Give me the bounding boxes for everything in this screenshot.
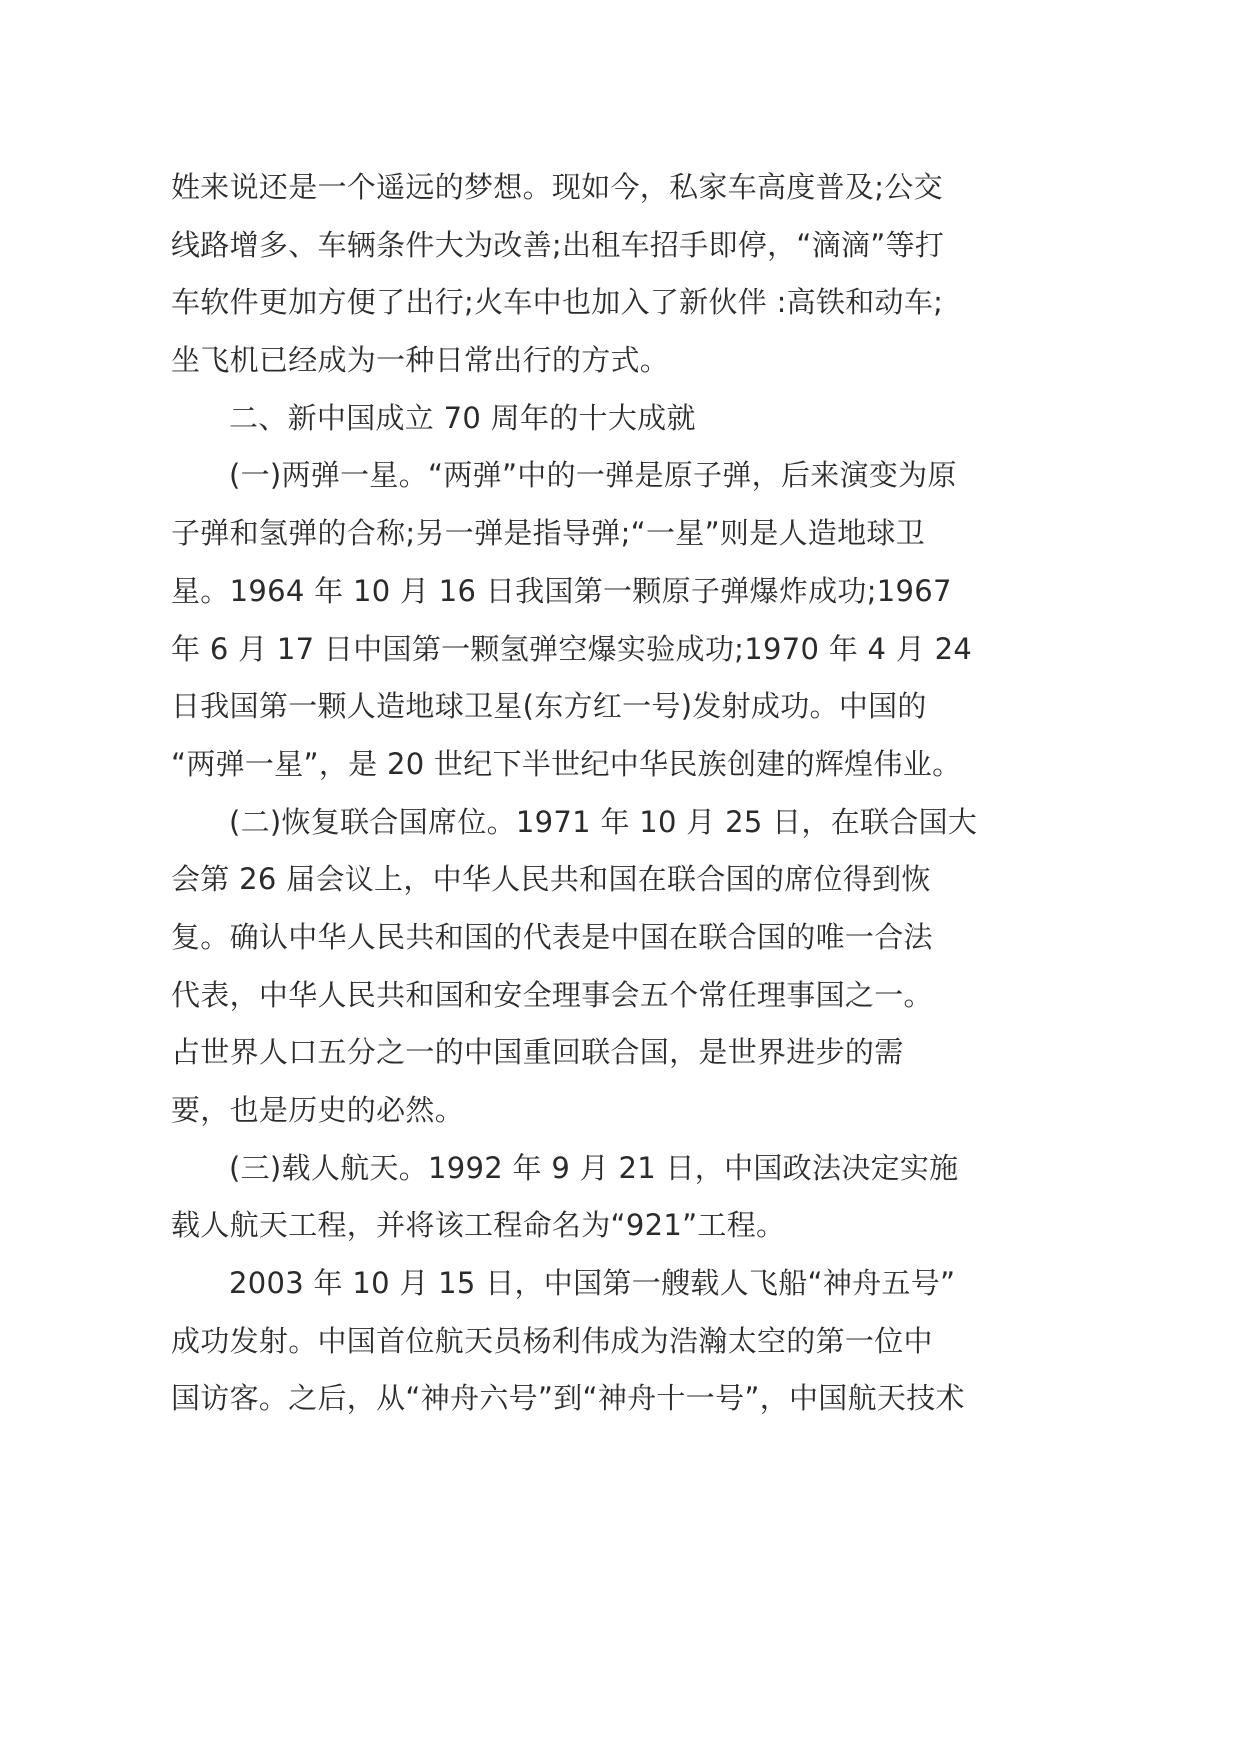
text-line: 星。1964 年 10 月 16 日我国第一颗原子弹爆炸成功;1967 xyxy=(171,567,961,625)
text-line: 占世界人口五分之一的中国重回联合国，是世界进步的需 xyxy=(171,1028,961,1086)
text-line: 年 6 月 17 日中国第一颗氢弹空爆实验成功;1970 年 4 月 24 xyxy=(171,625,961,683)
text-line: 会第 26 届会议上，中华人民共和国在联合国的席位得到恢 xyxy=(171,855,961,913)
text-line: 成功发射。中国首位航天员杨利伟成为浩瀚太空的第一位中 xyxy=(171,1317,961,1375)
text-line: 载人航天工程，并将该工程命名为“921”工程。 xyxy=(171,1201,961,1259)
text-line: 要，也是历史的必然。 xyxy=(171,1086,961,1144)
text-line: 线路增多、车辆条件大为改善;出租车招手即停，“滴滴”等打 xyxy=(171,221,961,279)
body-text: 姓来说还是一个遥远的梦想。现如今，私家车高度普及;公交 线路增多、车辆条件大为改… xyxy=(171,163,961,1432)
text-line: 代表，中华人民共和国和安全理事会五个常任理事国之一。 xyxy=(171,971,961,1029)
text-line: 复。确认中华人民共和国的代表是中国在联合国的唯一合法 xyxy=(171,913,961,971)
text-line: 姓来说还是一个遥远的梦想。现如今，私家车高度普及;公交 xyxy=(171,163,961,221)
section-heading: 二、新中国成立 70 周年的十大成就 xyxy=(171,394,961,452)
text-line: (三)载人航天。1992 年 9 月 21 日，中国政法决定实施 xyxy=(171,1144,961,1202)
text-line: 国访客。之后，从“神舟六号”到“神舟十一号”，中国航天技术 xyxy=(171,1374,961,1432)
text-line: 车软件更加方便了出行;火车中也加入了新伙伴 :高铁和动车; xyxy=(171,278,961,336)
text-line: (一)两弹一星。“两弹”中的一弹是原子弹，后来演变为原 xyxy=(171,451,961,509)
text-line: “两弹一星”，是 20 世纪下半世纪中华民族创建的辉煌伟业。 xyxy=(171,740,961,798)
text-line: 子弹和氢弹的合称;另一弹是指导弹;“一星”则是人造地球卫 xyxy=(171,509,961,567)
text-line: 坐飞机已经成为一种日常出行的方式。 xyxy=(171,336,961,394)
text-line: (二)恢复联合国席位。1971 年 10 月 25 日，在联合国大 xyxy=(171,798,961,856)
document-page: 姓来说还是一个遥远的梦想。现如今，私家车高度普及;公交 线路增多、车辆条件大为改… xyxy=(0,0,1241,1755)
text-line: 2003 年 10 月 15 日，中国第一艘载人飞船“神舟五号” xyxy=(171,1259,961,1317)
text-line: 日我国第一颗人造地球卫星(东方红一号)发射成功。中国的 xyxy=(171,682,961,740)
